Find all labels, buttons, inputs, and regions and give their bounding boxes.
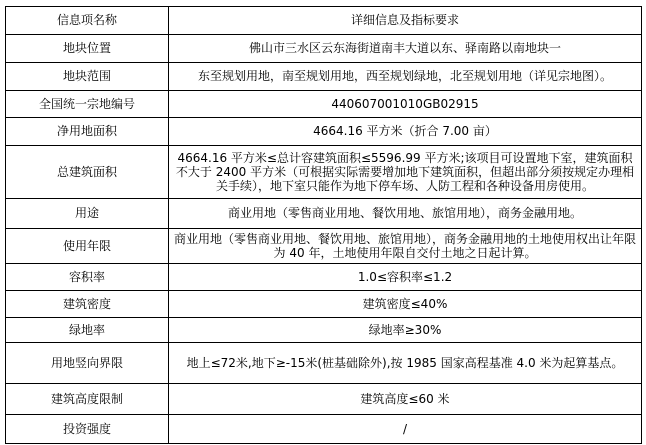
row-label: 投资强度 (6, 415, 169, 444)
row-label: 用地竖向界限 (6, 343, 169, 384)
row-label: 建筑密度 (6, 291, 169, 318)
header-detail-requirements: 详细信息及指标要求 (169, 7, 642, 35)
table-row-land-use: 用途 商业用地（零售商业用地、餐饮用地、旅馆用地），商务金融用地。 (6, 199, 642, 229)
table-header-row: 信息项名称 详细信息及指标要求 (6, 7, 642, 35)
row-label: 建筑高度限制 (6, 384, 169, 415)
table-row-building-density: 建筑密度 建筑密度≤40% (6, 291, 642, 318)
row-value: 佛山市三水区云东海街道南丰大道以东、驿南路以南地块一 (169, 35, 642, 63)
row-label: 地块位置 (6, 35, 169, 63)
row-label: 容积率 (6, 264, 169, 291)
row-label: 用途 (6, 199, 169, 229)
row-value: 4664.16 平方米≤总计容建筑面积≤5596.99 平方米;该项目可设置地下… (169, 146, 642, 199)
table-row-net-land-area: 净用地面积 4664.16 平方米（折合 7.00 亩） (6, 118, 642, 146)
table-row-parcel-location: 地块位置 佛山市三水区云东海街道南丰大道以东、驿南路以南地块一 (6, 35, 642, 63)
row-value: 1.0≤容积率≤1.2 (169, 264, 642, 291)
row-label: 总建筑面积 (6, 146, 169, 199)
row-value: 东至规划用地，南至规划用地，西至规划绿地，北至规划用地（详见宗地图）。 (169, 63, 642, 91)
table-row-national-parcel-number: 全国统一宗地编号 440607001010GB02915 (6, 91, 642, 118)
table-row-green-ratio: 绿地率 绿地率≥30% (6, 318, 642, 343)
table-row-total-floor-area: 总建筑面积 4664.16 平方米≤总计容建筑面积≤5596.99 平方米;该项… (6, 146, 642, 199)
row-label: 使用年限 (6, 229, 169, 264)
table-row-use-term: 使用年限 商业用地（零售商业用地、餐饮用地、旅馆用地），商务金融用地的土地使用权… (6, 229, 642, 264)
parcel-info-table: 信息项名称 详细信息及指标要求 地块位置 佛山市三水区云东海街道南丰大道以东、驿… (5, 6, 642, 444)
table-row-vertical-limits: 用地竖向界限 地上≤72米,地下≥-15米(桩基础除外),按 1985 国家高程… (6, 343, 642, 384)
row-value: / (169, 415, 642, 444)
row-label: 全国统一宗地编号 (6, 91, 169, 118)
table-row-plot-ratio: 容积率 1.0≤容积率≤1.2 (6, 264, 642, 291)
row-label: 净用地面积 (6, 118, 169, 146)
row-value: 4664.16 平方米（折合 7.00 亩） (169, 118, 642, 146)
header-item-name: 信息项名称 (6, 7, 169, 35)
row-value: 商业用地（零售商业用地、餐饮用地、旅馆用地），商务金融用地。 (169, 199, 642, 229)
row-value: 建筑密度≤40% (169, 291, 642, 318)
parcel-info-page: 信息项名称 详细信息及指标要求 地块位置 佛山市三水区云东海街道南丰大道以东、驿… (0, 0, 646, 445)
row-value: 绿地率≥30% (169, 318, 642, 343)
table-row-building-height-limit: 建筑高度限制 建筑高度≤60 米 (6, 384, 642, 415)
table-row-investment-intensity: 投资强度 / (6, 415, 642, 444)
row-label: 地块范围 (6, 63, 169, 91)
row-value: 建筑高度≤60 米 (169, 384, 642, 415)
row-value: 商业用地（零售商业用地、餐饮用地、旅馆用地），商务金融用地的土地使用权出让年限为… (169, 229, 642, 264)
row-label: 绿地率 (6, 318, 169, 343)
row-value: 地上≤72米,地下≥-15米(桩基础除外),按 1985 国家高程基准 4.0 … (169, 343, 642, 384)
table-row-parcel-extent: 地块范围 东至规划用地，南至规划用地，西至规划绿地，北至规划用地（详见宗地图）。 (6, 63, 642, 91)
row-value: 440607001010GB02915 (169, 91, 642, 118)
